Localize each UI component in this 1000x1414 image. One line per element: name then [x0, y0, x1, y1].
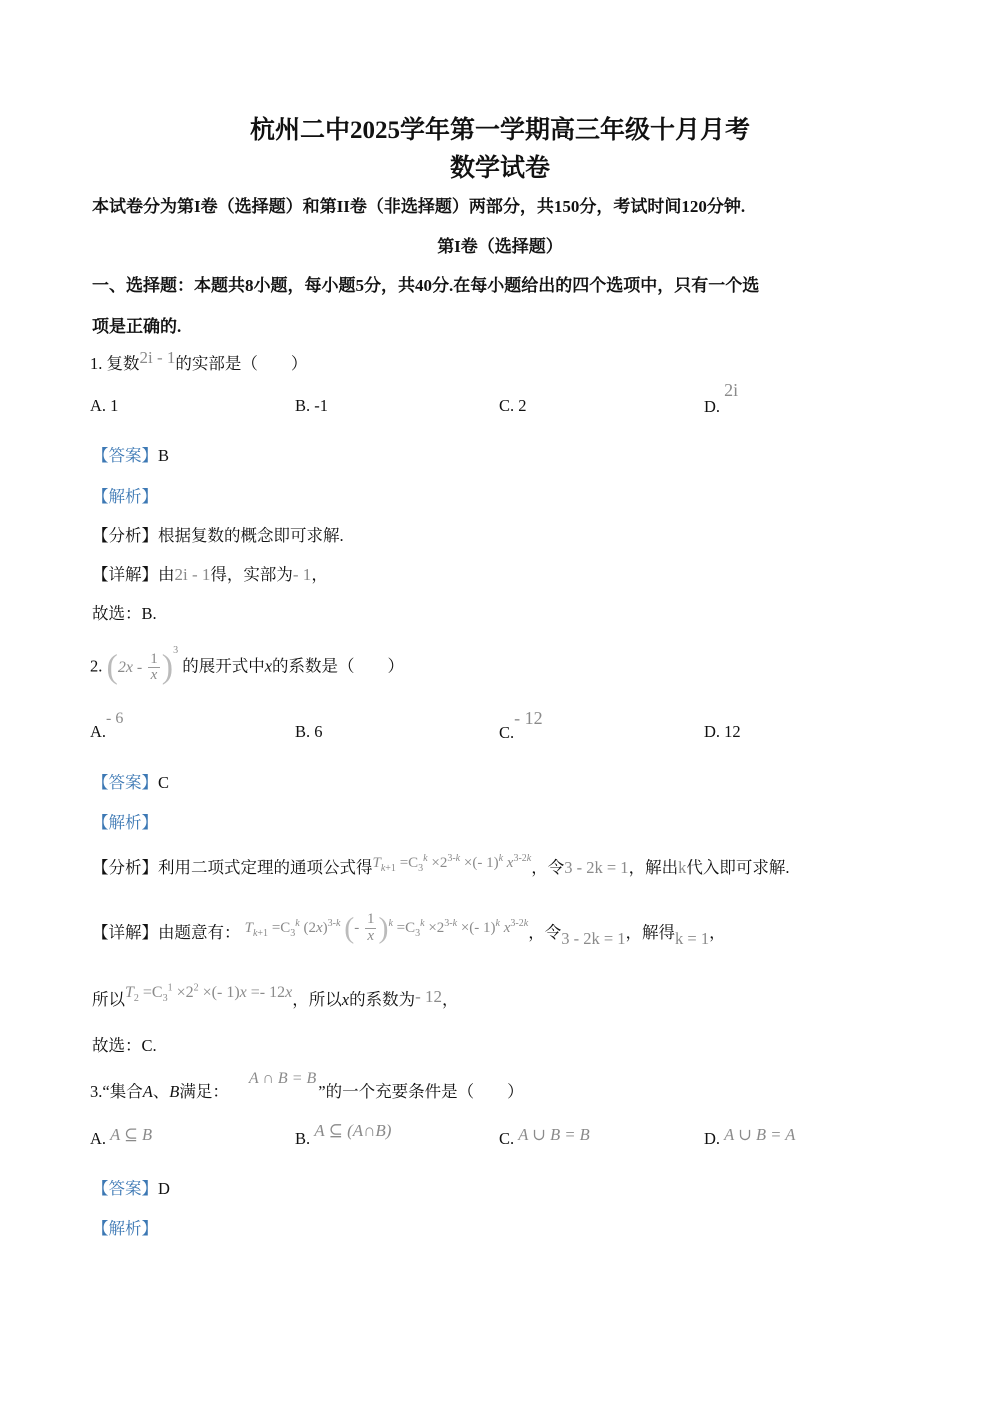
option-value: - 6 [106, 710, 123, 727]
text: 的展开式中 [182, 657, 265, 676]
option-value: 2i [724, 380, 738, 400]
variable: B [169, 1082, 179, 1101]
text: 满足： [179, 1082, 229, 1101]
question-text: 的实部是（ ） [175, 354, 307, 373]
question-2-line2: 所以T2 =C31 ×22 ×(- 1)x =- 12x，所以x的系数为- 12… [92, 986, 458, 1012]
option-letter: D. [704, 397, 720, 416]
math-expression: Tk+1 =C3k ×23-k ×(- 1)k x3-2k [373, 855, 532, 871]
question-2-option-c: C.- 12 [499, 722, 543, 743]
question-3-option-a: A. A ⊆ B [90, 1129, 152, 1149]
option-value: A ⊆ B [110, 1125, 152, 1144]
analysis-label: 【解析】 [92, 1215, 158, 1239]
option-letter: C. [499, 723, 514, 742]
text: 得，实部为 [210, 565, 293, 584]
answer-value: B [158, 446, 169, 465]
text: 由题意有： [158, 923, 241, 942]
question-2-option-b: B. 6 [295, 722, 323, 742]
xiangjie-label: 【详解】 [92, 923, 158, 942]
answer-value: D [158, 1179, 170, 1198]
question-1-answer: 【答案】B [92, 442, 169, 466]
question-3-answer: 【答案】D [92, 1175, 170, 1199]
xiangjie-label: 【详解】 [92, 565, 158, 584]
part-title: 第I卷（选择题） [0, 232, 1000, 257]
text: ， [709, 923, 726, 942]
question-2-answer: 【答案】C [92, 769, 169, 793]
question-number: 1. 复数 [90, 354, 140, 373]
math-expression: k = 1 [675, 929, 709, 948]
answer-label: 【答案】 [92, 1179, 158, 1198]
math-expression: - 1 [293, 565, 311, 584]
option-letter: A. [90, 1129, 106, 1148]
option-value: A ∪ B = A [724, 1125, 795, 1144]
text: ，令 [531, 858, 564, 877]
question-1-stem: 1. 复数2i - 1的实部是（ ） [90, 350, 307, 374]
text: ”的一个充要条件是（ ） [318, 1082, 523, 1101]
question-1-option-d: D. 2i [704, 396, 738, 417]
answer-value: C [158, 773, 169, 792]
question-1-option-a: A. 1 [90, 396, 118, 416]
text: ，解出 [629, 858, 679, 877]
text: ， [442, 990, 459, 1009]
variable: x [265, 657, 272, 676]
question-number: 2. [90, 657, 102, 676]
text: 、 [153, 1082, 170, 1101]
option-letter: A. [90, 396, 106, 415]
option-letter: C. [499, 396, 514, 415]
option-letter: C. [499, 1129, 514, 1148]
math-expression: 3 - 2k = 1 [564, 858, 628, 877]
question-2-stem: 2. (2x - 1x)3 的展开式中x的系数是（ ） [90, 648, 404, 684]
exam-title: 杭州二中2025学年第一学期高三年级十月月考 [0, 110, 1000, 146]
exam-intro: 本试卷分为第I卷（选择题）和第II卷（非选择题）两部分，共150分，考试时间12… [92, 192, 745, 217]
math-expression: 3 - 2k = 1 [561, 929, 625, 948]
math-expression: 2x - 1x [118, 659, 162, 676]
math-expression: 2i - 1 [175, 565, 211, 584]
option-value: 12 [724, 722, 741, 741]
section-instructions-line1: 一、选择题：本题共8小题，每小题5分，共40分.在每小题给出的四个选项中，只有一… [92, 271, 759, 296]
question-number: 3.“集合 [90, 1082, 143, 1101]
option-letter: D. [704, 722, 720, 741]
option-letter: B. [295, 1129, 310, 1148]
text: ，所以 [292, 990, 342, 1009]
right-paren: ) [162, 649, 173, 686]
math-expression: A ∩ B = B [249, 1070, 316, 1087]
question-2-fenxi: 【分析】利用二项式定理的通项公式得Tk+1 =C3k ×23-k ×(- 1)k… [92, 854, 789, 880]
question-1-conclusion: 故选：B. [92, 600, 157, 624]
question-3-option-c: C. A ∪ B = B [499, 1129, 590, 1149]
question-2-conclusion: 故选：C. [92, 1032, 157, 1056]
option-value: - 12 [514, 708, 543, 728]
question-1-xiangjie: 【详解】由2i - 1得，实部为- 1， [92, 561, 328, 585]
option-letter: B. [295, 396, 310, 415]
text: 利用二项式定理的通项公式得 [158, 858, 373, 877]
option-letter: B. [295, 722, 310, 741]
option-value: 2 [518, 396, 526, 415]
left-paren: ( [107, 649, 118, 686]
text: 的系数为 [349, 990, 415, 1009]
question-2-option-a: A.- 6 [90, 722, 123, 742]
math-expression: Tk+1 =C3k (2x)3-k (- 1x)k =C3k ×23-k ×(-… [245, 920, 529, 936]
math-expression: 2i - 1 [140, 348, 176, 367]
fenxi-text: 根据复数的概念即可求解. [158, 526, 344, 545]
text: 所以 [92, 990, 125, 1009]
analysis-label: 【解析】 [92, 483, 158, 507]
section-instructions-line2: 项是正确的. [92, 312, 181, 337]
question-3-option-d: D. A ∪ B = A [704, 1129, 795, 1149]
option-value: A ∪ B = B [518, 1125, 589, 1144]
text: ， [311, 565, 328, 584]
fraction: 1x [148, 652, 160, 685]
question-1-option-b: B. -1 [295, 396, 328, 416]
fenxi-label: 【分析】 [92, 858, 158, 877]
exponent: 3 [173, 645, 178, 656]
option-letter: D. [704, 1129, 720, 1148]
variable: x [342, 990, 349, 1009]
question-3-option-b: B. A ⊆ (A∩B) [295, 1129, 391, 1149]
analysis-label: 【解析】 [92, 809, 158, 833]
answer-label: 【答案】 [92, 446, 158, 465]
question-3-stem: 3.“集合A、B满足：A ∩ B = B”的一个充要条件是（ ） [90, 1078, 524, 1102]
math-expression: T2 =C31 ×22 ×(- 1)x =- 12x [125, 984, 292, 1001]
question-1-option-c: C. 2 [499, 396, 527, 416]
answer-label: 【答案】 [92, 773, 158, 792]
text: 的系数是（ ） [272, 657, 404, 676]
option-value: 6 [314, 722, 322, 741]
question-1-fenxi: 【分析】根据复数的概念即可求解. [92, 522, 344, 546]
option-value: 1 [110, 396, 118, 415]
math-expression: - 12 [415, 987, 442, 1006]
text: 由 [158, 565, 175, 584]
exam-subject-title: 数学试卷 [0, 148, 1000, 184]
option-value: -1 [314, 396, 328, 415]
variable: A [143, 1082, 153, 1101]
question-2-option-d: D. 12 [704, 722, 741, 742]
text: ，解得 [626, 923, 676, 942]
option-letter: A. [90, 722, 106, 741]
fenxi-label: 【分析】 [92, 526, 158, 545]
text: ，令 [528, 923, 561, 942]
question-2-xiangjie: 【详解】由题意有： Tk+1 =C3k (2x)3-k (- 1x)k =C3k… [92, 910, 726, 960]
text: 代入即可求解. [686, 858, 789, 877]
option-value: A ⊆ (A∩B) [314, 1121, 391, 1140]
